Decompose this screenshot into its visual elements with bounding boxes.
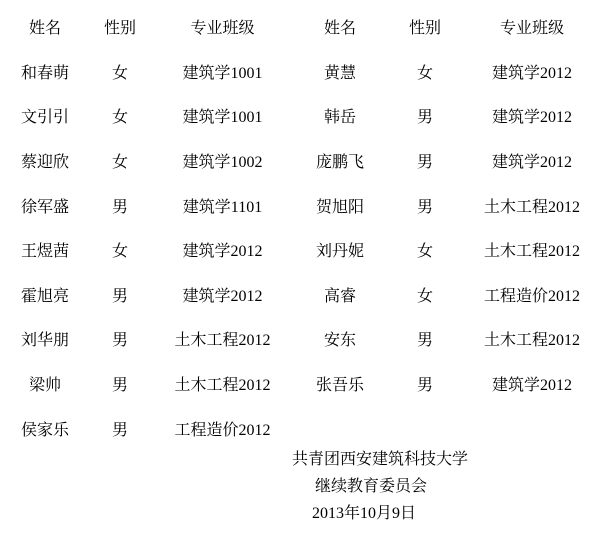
major-class-cell: 土木工程2012 [150, 378, 295, 394]
name-cell: 霍旭亮 [0, 289, 90, 305]
gender-cell: 男 [90, 423, 150, 439]
gender-cell: 女 [90, 66, 150, 82]
document-page: 姓名 性别 专业班级 和春萌 女 建筑学1001 文引引 女 建筑学1001 蔡… [0, 0, 607, 556]
column-header-gender: 性别 [90, 21, 150, 37]
signature-organization-line1: 共青团西安建筑科技大学 [292, 452, 468, 468]
table-row: 和春萌 女 建筑学1001 [0, 52, 300, 97]
table-header-row: 姓名 性别 专业班级 [300, 7, 607, 52]
gender-cell: 女 [90, 110, 150, 126]
table-row: 韩岳 男 建筑学2012 [300, 96, 607, 141]
gender-cell: 男 [90, 333, 150, 349]
gender-cell: 女 [90, 244, 150, 260]
table-row: 刘丹妮 女 土木工程2012 [300, 230, 607, 275]
major-class-cell: 建筑学1101 [150, 200, 295, 216]
name-cell: 黄慧 [300, 66, 380, 82]
table-row: 徐军盛 男 建筑学1101 [0, 185, 300, 230]
gender-cell: 女 [90, 155, 150, 171]
table-row: 梁帅 男 土木工程2012 [0, 364, 300, 409]
gender-cell: 男 [90, 200, 150, 216]
table-row: 庞鹏飞 男 建筑学2012 [300, 141, 607, 186]
gender-cell: 男 [380, 200, 470, 216]
major-class-cell: 土木工程2012 [470, 333, 594, 349]
column-header-major-class: 专业班级 [150, 21, 295, 37]
table-header-row: 姓名 性别 专业班级 [0, 7, 300, 52]
name-cell: 蔡迎欣 [0, 155, 90, 171]
major-class-cell: 建筑学2012 [470, 66, 594, 82]
major-class-cell: 土木工程2012 [150, 333, 295, 349]
name-cell: 文引引 [0, 110, 90, 126]
signature-date: 2013年10月9日 [312, 506, 416, 522]
column-header-name: 姓名 [300, 21, 380, 37]
name-cell: 庞鹏飞 [300, 155, 380, 171]
table-row: 刘华朋 男 土木工程2012 [0, 319, 300, 364]
signature-organization-line2: 继续教育委员会 [315, 479, 427, 495]
table-row: 张吾乐 男 建筑学2012 [300, 364, 607, 409]
gender-cell: 女 [380, 66, 470, 82]
table-row: 蔡迎欣 女 建筑学1002 [0, 141, 300, 186]
roster-table-left: 姓名 性别 专业班级 和春萌 女 建筑学1001 文引引 女 建筑学1001 蔡… [0, 7, 300, 453]
name-cell: 梁帅 [0, 378, 90, 394]
gender-cell: 男 [90, 289, 150, 305]
table-row: 贺旭阳 男 土木工程2012 [300, 185, 607, 230]
name-cell: 侯家乐 [0, 423, 90, 439]
table-row: 侯家乐 男 工程造价2012 [0, 408, 300, 453]
name-cell: 和春萌 [0, 66, 90, 82]
major-class-cell: 建筑学2012 [150, 289, 295, 305]
column-header-major-class: 专业班级 [470, 21, 594, 37]
table-row: 安东 男 土木工程2012 [300, 319, 607, 364]
name-cell: 张吾乐 [300, 378, 380, 394]
major-class-cell: 工程造价2012 [150, 423, 295, 439]
gender-cell: 男 [380, 110, 470, 126]
major-class-cell: 建筑学2012 [470, 155, 594, 171]
major-class-cell: 建筑学2012 [470, 378, 594, 394]
gender-cell: 男 [90, 378, 150, 394]
major-class-cell: 工程造价2012 [470, 289, 594, 305]
roster-table-right: 姓名 性别 专业班级 黄慧 女 建筑学2012 韩岳 男 建筑学2012 庞鹏飞… [300, 7, 607, 408]
major-class-cell: 建筑学1002 [150, 155, 295, 171]
table-row: 文引引 女 建筑学1001 [0, 96, 300, 141]
gender-cell: 女 [380, 244, 470, 260]
major-class-cell: 土木工程2012 [470, 244, 594, 260]
name-cell: 徐军盛 [0, 200, 90, 216]
gender-cell: 男 [380, 333, 470, 349]
major-class-cell: 建筑学1001 [150, 66, 295, 82]
major-class-cell: 建筑学2012 [150, 244, 295, 260]
gender-cell: 男 [380, 378, 470, 394]
name-cell: 刘华朋 [0, 333, 90, 349]
name-cell: 韩岳 [300, 110, 380, 126]
table-row: 高睿 女 工程造价2012 [300, 275, 607, 320]
table-row: 黄慧 女 建筑学2012 [300, 52, 607, 97]
major-class-cell: 建筑学1001 [150, 110, 295, 126]
major-class-cell: 土木工程2012 [470, 200, 594, 216]
table-row: 霍旭亮 男 建筑学2012 [0, 275, 300, 320]
gender-cell: 男 [380, 155, 470, 171]
name-cell: 高睿 [300, 289, 380, 305]
gender-cell: 女 [380, 289, 470, 305]
name-cell: 王煜茜 [0, 244, 90, 260]
column-header-name: 姓名 [0, 21, 90, 37]
column-header-gender: 性别 [380, 21, 470, 37]
major-class-cell: 建筑学2012 [470, 110, 594, 126]
name-cell: 贺旭阳 [300, 200, 380, 216]
table-row: 王煜茜 女 建筑学2012 [0, 230, 300, 275]
name-cell: 安东 [300, 333, 380, 349]
name-cell: 刘丹妮 [300, 244, 380, 260]
